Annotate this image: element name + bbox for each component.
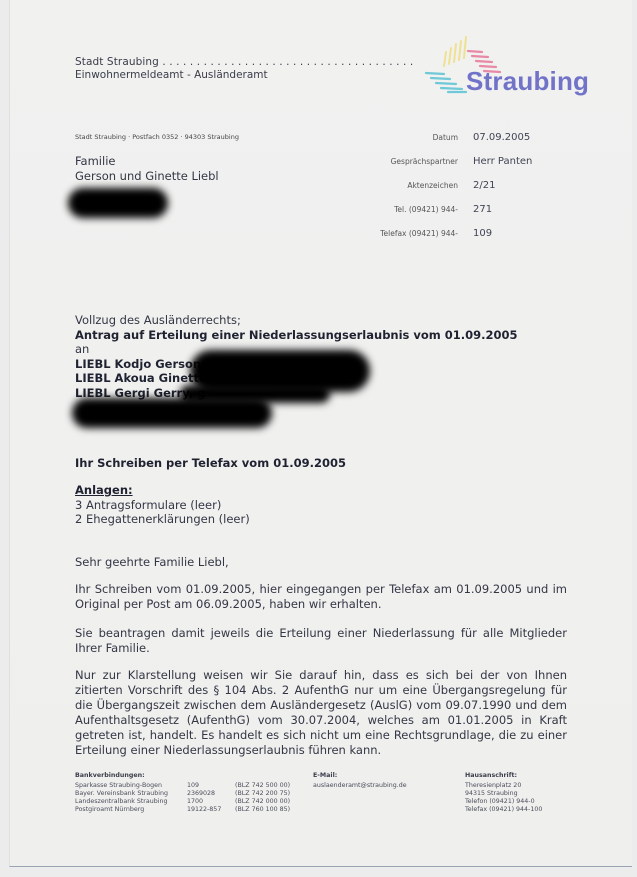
bank-title: Bankverbindungen: <box>75 772 315 780</box>
salutation: Sehr geehrte Familie Liebl, <box>75 555 567 570</box>
info-label: Aktenzeichen <box>407 181 458 190</box>
straubing-logo: Straubing <box>422 36 592 106</box>
attachments-title: Anlagen: <box>75 483 250 498</box>
bank-table: Sparkasse Straubing-Bogen 109 (BLZ 742 5… <box>75 782 315 814</box>
subject-line-1: Vollzug des Ausländerrechts; <box>75 313 518 328</box>
info-value: 109 <box>473 228 492 239</box>
recipient-line-1: Familie <box>75 154 219 169</box>
footer-address: Hausanschrift: Theresienplatz 20 94315 S… <box>465 772 542 814</box>
info-row-date: Datum 07.09.2005 <box>370 133 570 157</box>
bank-name: Postgiroamt Nürnberg <box>75 806 187 814</box>
info-row-contact: Gesprächspartner Herr Panten <box>370 157 570 181</box>
footer-bank: Bankverbindungen: Sparkasse Straubing-Bo… <box>75 772 315 814</box>
info-block: Datum 07.09.2005 Gesprächspartner Herr P… <box>370 133 570 253</box>
paragraph-1: Ihr Schreiben vom 01.09.2005, hier einge… <box>75 582 567 612</box>
info-value: 2/21 <box>473 180 495 191</box>
info-label: Datum <box>433 133 458 142</box>
bank-account: 19122-857 <box>187 806 235 814</box>
address-line: Theresienplatz 20 <box>465 782 542 790</box>
footer-email: E-Mail: auslaenderamt@straubing.de <box>313 772 407 790</box>
attachment-item: 3 Antragsformulare (leer) <box>75 498 250 513</box>
address-line: Telefon (09421) 944-0 <box>465 798 542 806</box>
address-line: 94315 Straubing <box>465 790 542 798</box>
bank-blz: (BLZ 742 000 00) <box>235 798 315 806</box>
sender-department: Einwohnermeldeamt - Ausländeramt <box>75 69 268 81</box>
email-link[interactable]: auslaenderamt@straubing.de <box>313 782 407 790</box>
subject-line-2: Antrag auf Erteilung einer Niederlassung… <box>75 328 518 343</box>
bank-blz: (BLZ 742 200 75) <box>235 790 315 798</box>
attachment-item: 2 Ehegattenerklärungen (leer) <box>75 512 250 527</box>
email-title: E-Mail: <box>313 772 407 780</box>
bank-name: Bayer. Vereinsbank Straubing <box>75 790 187 798</box>
paragraph-3: Nur zur Klarstellung weisen wir Sie dara… <box>75 668 567 758</box>
info-label: Telefax (09421) 944- <box>380 229 458 238</box>
recipient-line-2: Gerson und Ginette Liebl <box>75 169 219 184</box>
paragraph-2: Sie beantragen damit jeweils die Erteilu… <box>75 626 567 656</box>
reference-line: Ihr Schreiben per Telefax vom 01.09.2005 <box>75 456 346 470</box>
bank-name: Landeszentralbank Straubing <box>75 798 187 806</box>
info-label: Gesprächspartner <box>391 157 458 166</box>
bank-blz: (BLZ 760 100 85) <box>235 806 315 814</box>
bank-name: Sparkasse Straubing-Bogen <box>75 782 187 790</box>
bank-account: 1700 <box>187 798 235 806</box>
address-line: Telefax (09421) 944-100 <box>465 806 542 814</box>
logo-text: Straubing <box>466 66 589 97</box>
info-label: Tel. (09421) 944- <box>394 205 458 214</box>
address-title: Hausanschrift: <box>465 772 542 780</box>
bank-blz: (BLZ 742 500 00) <box>235 782 315 790</box>
attachments: Anlagen: 3 Antragsformulare (leer) 2 Ehe… <box>75 483 250 527</box>
bank-account: 2369028 <box>187 790 235 798</box>
info-value: Herr Panten <box>473 156 532 167</box>
recipient-address: Familie Gerson und Ginette Liebl <box>75 154 219 184</box>
redaction-address <box>68 188 168 218</box>
return-address: Stadt Straubing · Postfach 0352 · 94303 … <box>75 133 239 141</box>
info-row-file-number: Aktenzeichen 2/21 <box>370 181 570 205</box>
redaction-citizenship <box>72 398 272 428</box>
info-row-phone: Tel. (09421) 944- 271 <box>370 205 570 229</box>
info-value: 07.09.2005 <box>473 132 530 143</box>
info-value: 271 <box>473 204 492 215</box>
bank-account: 109 <box>187 782 235 790</box>
sender-name: Stadt Straubing . . . . . . . . . . . . … <box>75 56 413 68</box>
info-row-fax: Telefax (09421) 944- 109 <box>370 229 570 253</box>
